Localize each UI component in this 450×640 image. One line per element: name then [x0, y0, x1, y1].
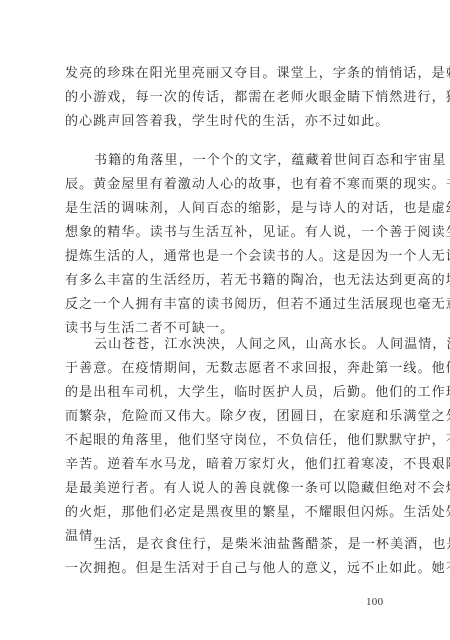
text-line: 云山苍苍，江水泱泱，人间之风，山高水长。人间温情，源: [65, 333, 385, 357]
paragraph-1: 发亮的珍珠在阳光里亮丽又夺目。课堂上，字条的悄悄话，是刺激 的小游戏，每一次的传…: [65, 62, 385, 134]
text-line: 生活，是衣食住行，是柴米油盐酱醋茶，是一杯美酒，也是: [65, 533, 385, 557]
text-line: 发亮的珍珠在阳光里亮丽又夺目。课堂上，字条的悄悄话，是刺激: [65, 62, 385, 86]
text-line: 不起眼的角落里，他们坚守岗位，不负信任，他们默默守护，不辞: [65, 429, 385, 453]
document-page: 发亮的珍珠在阳光里亮丽又夺目。课堂上，字条的悄悄话，是刺激 的小游戏，每一次的传…: [0, 0, 450, 640]
text-line: 的小游戏，每一次的传话，都需在老师火眼金睛下悄然进行，猛烈: [65, 86, 385, 110]
text-line: 是最美逆行者。有人说人的善良就像一条可以隐藏但绝对不会熄灭: [65, 477, 385, 501]
text-line: 一次拥抱。但是生活对于自己与他人的意义，远不止如此。她不仅: [65, 557, 385, 581]
paragraph-3: 云山苍苍，江水泱泱，人间之风，山高水长。人间温情，源 于善意。在疫情期间，无数志…: [65, 333, 385, 549]
text-line: 辰。黄金屋里有着激动人心的故事，也有着不寒而栗的现实。书，: [65, 173, 385, 197]
text-line: 书籍的角落里，一个个的文字，蕴藏着世间百态和宇宙星: [65, 149, 385, 173]
paragraph-4: 生活，是衣食住行，是柴米油盐酱醋茶，是一杯美酒，也是 一次拥抱。但是生活对于自己…: [65, 533, 385, 581]
page-number: 100: [366, 596, 383, 608]
text-line: 的心跳声回答着我，学生时代的生活，亦不过如此。: [65, 110, 385, 134]
text-line: 于善意。在疫情期间，无数志愿者不求回报，奔赴第一线。他们有: [65, 357, 385, 381]
text-line: 辛苦。逆着车水马龙，暗着万家灯火，他们扛着寒凌，不畏艰险，: [65, 453, 385, 477]
text-line: 是生活的调味剂，人间百态的缩影，是与诗人的对话，也是虚幻与: [65, 197, 385, 221]
text-line: 有多么丰富的生活经历，若无书籍的陶冶，也无法达到更高的境界。: [65, 269, 385, 293]
text-line: 想象的精华。读书与生活互补，见证。有人说，一个善于阅读生活，: [65, 221, 385, 245]
text-line: 而繁杂，危险而又伟大。除夕夜，团圆日，在家庭和乐满堂之外，: [65, 405, 385, 429]
text-line: 反之一个人拥有丰富的读书阅历，但若不通过生活展现也毫无意义。: [65, 293, 385, 317]
text-line: 提炼生活的人，通常也是一个会读书的人。这是因为一个人无论拥: [65, 245, 385, 269]
text-line: 的是出租车司机，大学生，临时医护人员，后勤。他们的工作琐碎: [65, 381, 385, 405]
text-line: 的火炬，那他们必定是黑夜里的繁星，不耀眼但闪烁。生活处处有: [65, 501, 385, 525]
paragraph-2: 书籍的角落里，一个个的文字，蕴藏着世间百态和宇宙星 辰。黄金屋里有着激动人心的故…: [65, 149, 385, 341]
